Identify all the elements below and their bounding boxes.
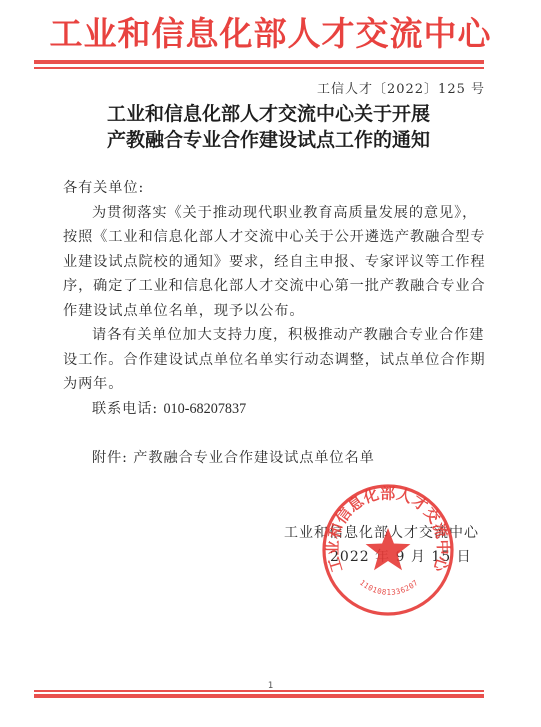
contact-phone: 010-68207837 (163, 401, 246, 417)
attachment-label: 附件: (92, 450, 128, 466)
footer-rule-thick (34, 694, 484, 698)
header-rule-thin (34, 67, 484, 69)
seal-star-icon (366, 528, 411, 570)
paragraph-line: 为两年。 (63, 372, 463, 397)
spacer (63, 421, 463, 446)
paragraph-line: 序，确定了工业和信息化部人才交流中心第一批产教融合专业合 (63, 274, 463, 299)
title-line-2: 产教融合专业合作建设试点工作的通知 (0, 127, 541, 153)
contact-line: 联系电话: 010-68207837 (63, 397, 463, 422)
title-line-1: 工业和信息化部人才交流中心关于开展 (0, 101, 541, 127)
paragraph-line: 按照《工业和信息化部人才交流中心关于公开遴选产教融合型专 (63, 225, 463, 250)
header-rule-thick (34, 60, 484, 64)
paragraph-line: 设工作。合作建设试点单位名单实行动态调整，试点单位合作期 (63, 348, 463, 373)
official-seal-icon: 工业和信息化部人才交流中心 1101081336207 (318, 480, 458, 620)
svg-text:1101081336207: 1101081336207 (358, 578, 420, 597)
document-number: 工信人才〔2022〕125 号 (317, 78, 485, 97)
attachment-name: 产教融合专业合作建设试点单位名单 (133, 450, 374, 466)
paragraph-line: 作建设试点单位名单，现予以公布。 (63, 299, 463, 324)
document-body: 各有关单位: 为贯彻落实《关于推动现代职业教育高质量发展的意见》， 按照《工业和… (63, 176, 463, 470)
letterhead-title: 工业和信息化部人才交流中心 (0, 14, 541, 54)
document-title: 工业和信息化部人才交流中心关于开展 产教融合专业合作建设试点工作的通知 (0, 101, 541, 153)
footer-rule-thin (34, 690, 484, 692)
seal-code: 1101081336207 (358, 578, 420, 597)
paragraph-line: 请各有关单位加大支持力度，积极推动产教融合专业合作建 (63, 323, 463, 348)
paragraph-line: 为贯彻落实《关于推动现代职业教育高质量发展的意见》， (63, 201, 463, 226)
contact-label: 联系电话: (92, 401, 158, 417)
salutation: 各有关单位: (63, 176, 463, 201)
attachment-line: 附件: 产教融合专业合作建设试点单位名单 (63, 446, 463, 471)
paragraph-line: 业建设试点院校的通知》要求，经自主申报、专家评议等工作程 (63, 250, 463, 275)
